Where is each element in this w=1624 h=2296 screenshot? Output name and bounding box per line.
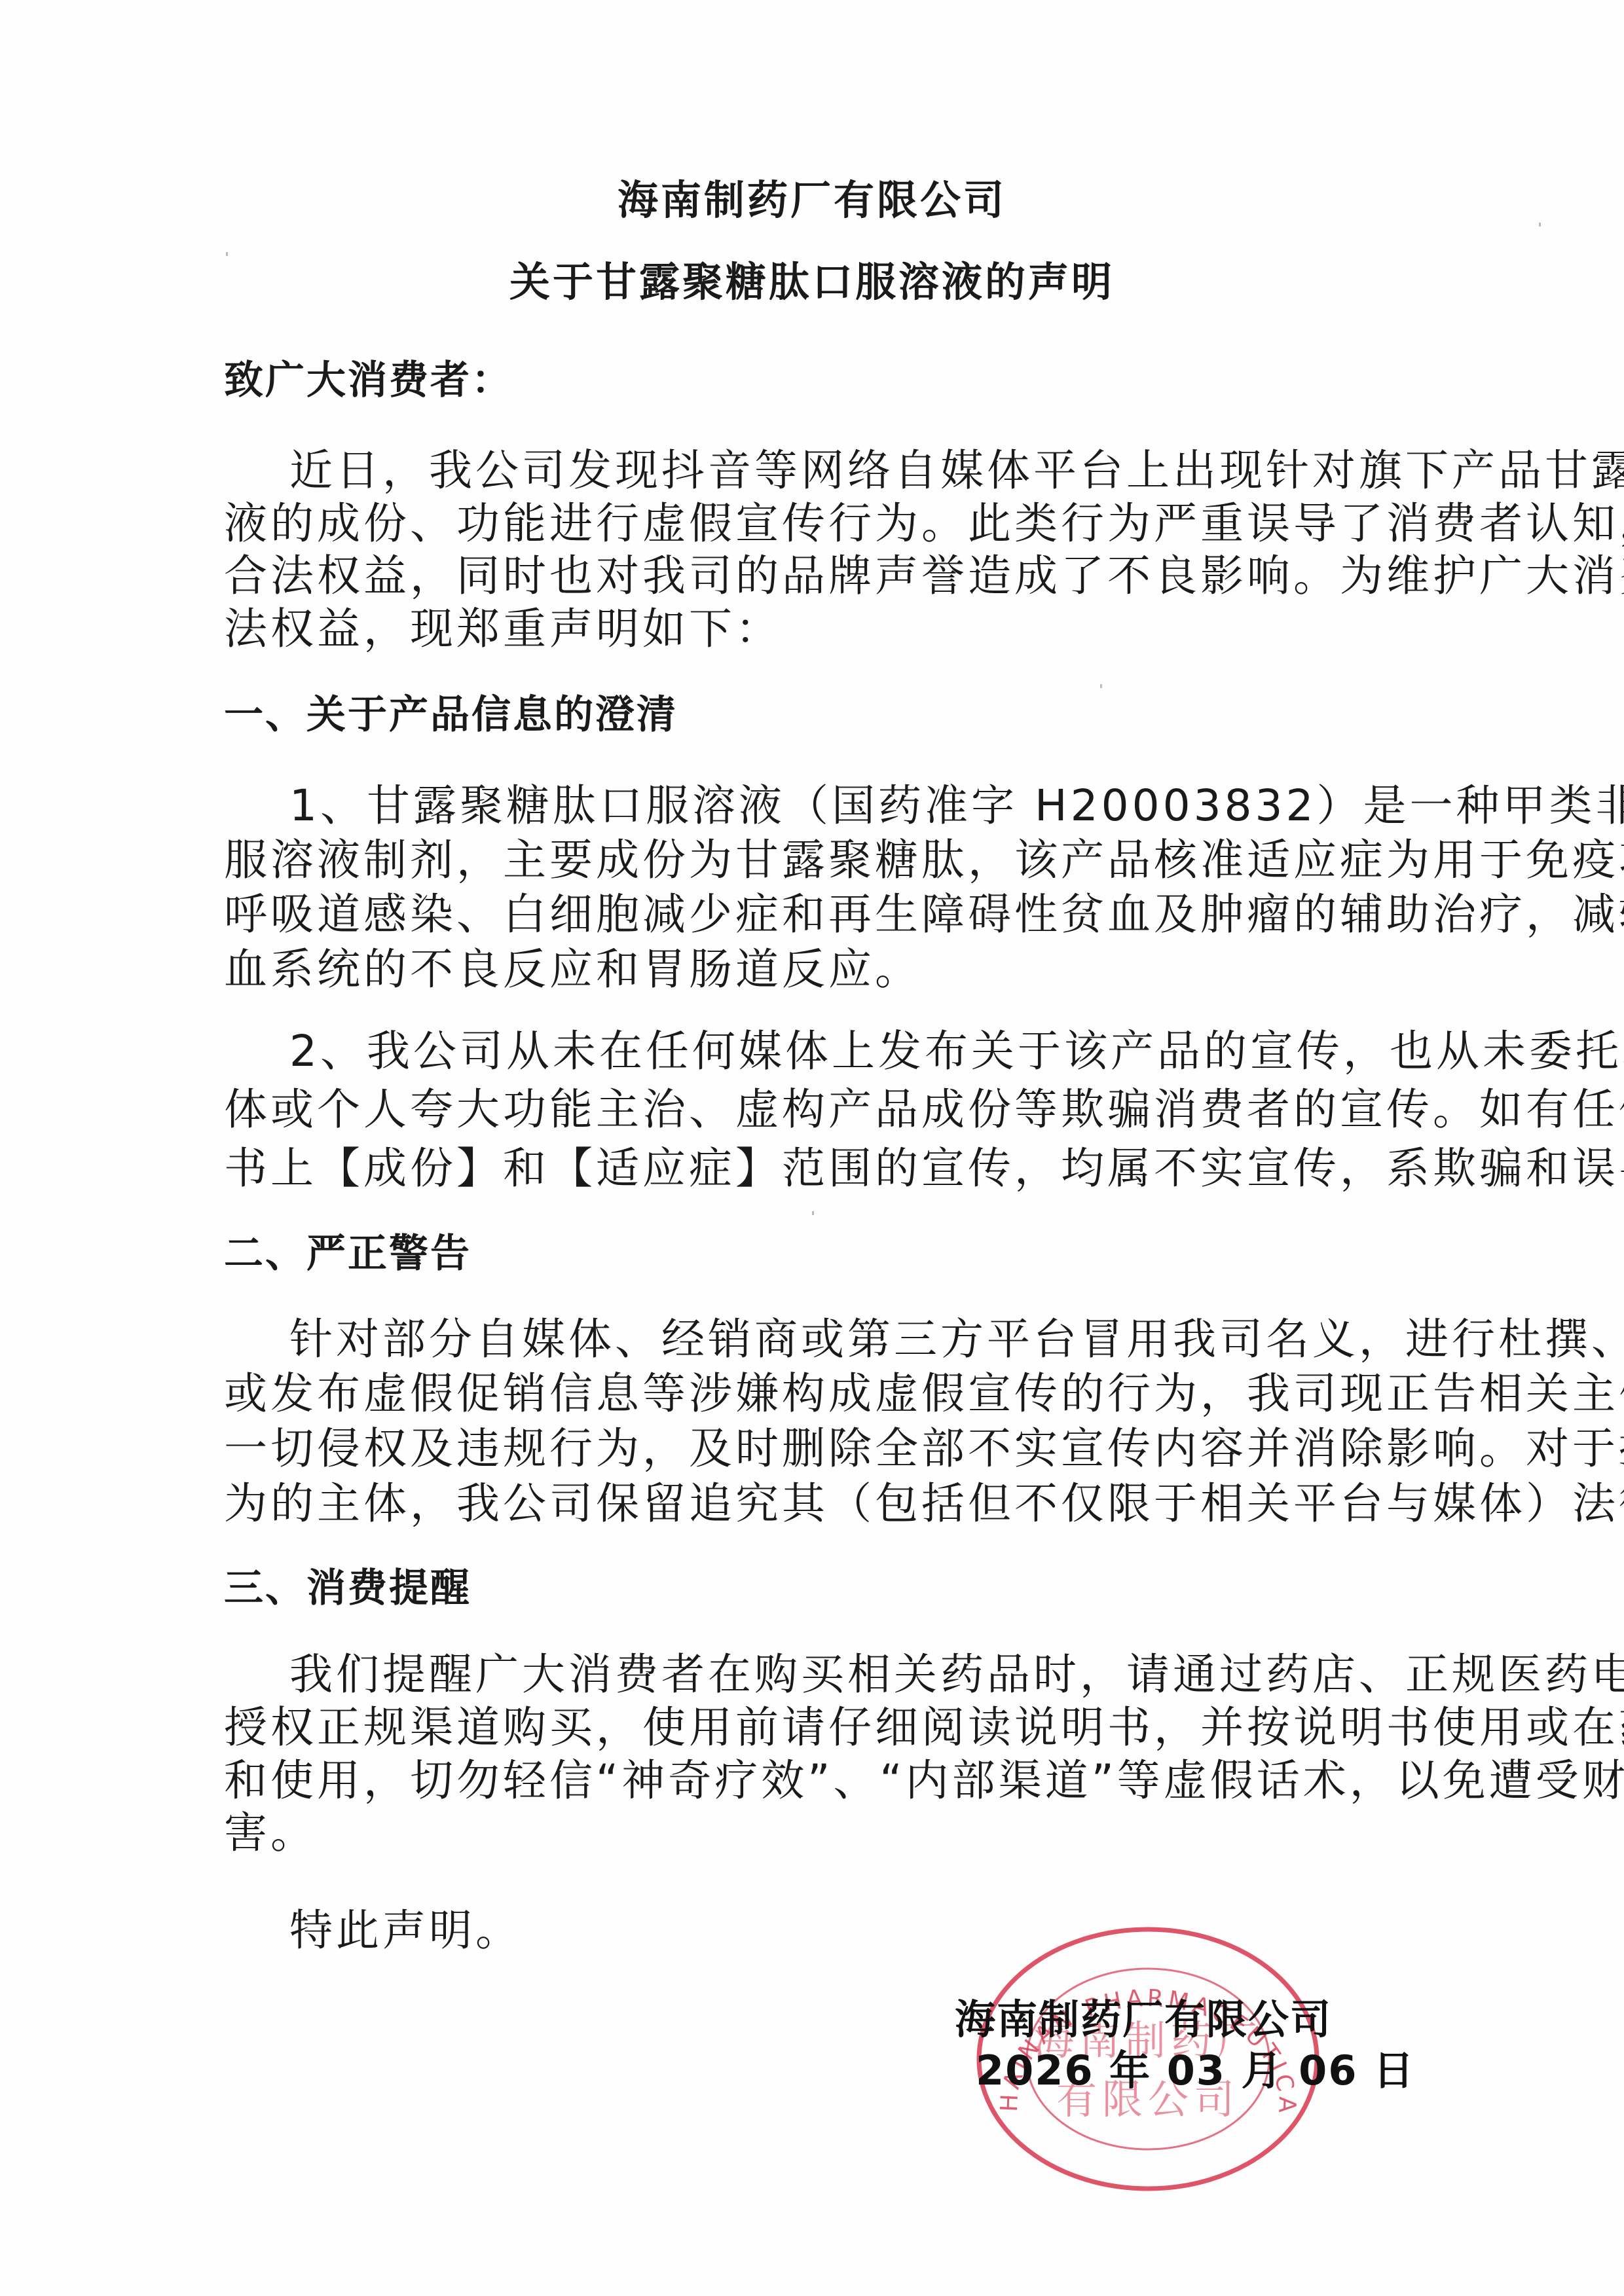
paragraph-line: 针对部分自媒体、经销商或第三方平台冒用我司名义，进行杜撰、歪曲产品性能， (289, 1313, 1417, 1366)
paragraph-line: 呼吸道感染、白细胞减少症和再生障碍性贫血及肿瘤的辅助治疗，减轻放、化疗对造 (224, 888, 1417, 941)
paragraph-line: 体或个人夸大功能主治、虚构产品成份等欺骗消费者的宣传。如有任何超出药品说明 (224, 1084, 1417, 1136)
paragraph-line: 血系统的不良反应和胃肠道反应。 (224, 943, 921, 996)
paragraph-line: 服溶液制剂，主要成份为甘露聚糖肽，该产品核准适应症为用于免疫功能低下、反复 (224, 834, 1417, 886)
paragraph-line: 害。 (224, 1807, 317, 1859)
signature-company: 海南制药厂有限公司 (955, 1995, 1332, 2045)
closing-statement: 特此声明。 (289, 1904, 522, 1957)
paragraph-line: 1、甘露聚糖肽口服溶液（国药准字 H20003832）是一种甲类非处方（OTC）… (289, 780, 1417, 832)
paragraph-line: 近日，我公司发现抖音等网络自媒体平台上出现针对旗下产品甘露聚糖肽口服溶 (289, 445, 1417, 497)
paragraph-line: 一切侵权及违规行为，及时删除全部不实宣传内容并消除影响。对于拒不停止侵权行 (224, 1423, 1417, 1475)
document-title-company: 海南制药厂有限公司 (0, 174, 1624, 227)
scan-speck (1539, 223, 1541, 227)
scan-speck (812, 1211, 814, 1215)
document-page: 海南制药厂有限公司 关于甘露聚糖肽口服溶液的声明 致广大消费者： 近日，我公司发… (0, 0, 1624, 2296)
scan-speck (1100, 684, 1102, 688)
paragraph-line: 合法权益，同时也对我司的品牌声誉造成了不良影响。为维护广大消费者及我司的合 (224, 550, 1417, 602)
paragraph-line: 液的成份、功能进行虚假宣传行为。此类行为严重误导了消费者认知，侵害了消费者 (224, 498, 1417, 550)
paragraph-line: 为的主体，我公司保留追究其（包括但不仅限于相关平台与媒体）法律责任的权利。 (224, 1478, 1417, 1530)
greeting: 致广大消费者： (224, 354, 513, 407)
section-heading-warning: 二、严正警告 (224, 1228, 471, 1280)
paragraph-line: 法权益，现郑重声明如下： (224, 603, 782, 655)
paragraph-line: 2、我公司从未在任何媒体上发布关于该产品的宣传，也从未委托或授权任何媒 (289, 1025, 1417, 1078)
paragraph-line: 书上【成份】和【适应症】范围的宣传，均属不实宣传，系欺骗和误导消费者的行为。 (224, 1142, 1417, 1195)
signature-date: 2026 年 03 月 06 日 (976, 2046, 1415, 2096)
paragraph-line: 授权正规渠道购买，使用前请仔细阅读说明书，并按说明书使用或在药师指导下购买 (224, 1702, 1417, 1754)
paragraph-line: 和使用，切勿轻信“神奇疗效”、“内部渠道”等虚假话术，以免遭受财产损失或健康损 (224, 1755, 1417, 1807)
section-heading-clarification: 一、关于产品信息的澄清 (224, 689, 678, 741)
section-heading-reminder: 三、消费提醒 (224, 1562, 471, 1614)
document-title-statement: 关于甘露聚糖肽口服溶液的声明 (0, 256, 1624, 308)
paragraph-line: 或发布虚假促销信息等涉嫌构成虚假宣传的行为，我司现正告相关主体：请立即停止 (224, 1368, 1417, 1420)
paragraph-line: 我们提醒广大消费者在购买相关药品时，请通过药店、正规医药电商平台等官方 (289, 1649, 1417, 1701)
scan-speck (226, 252, 228, 256)
